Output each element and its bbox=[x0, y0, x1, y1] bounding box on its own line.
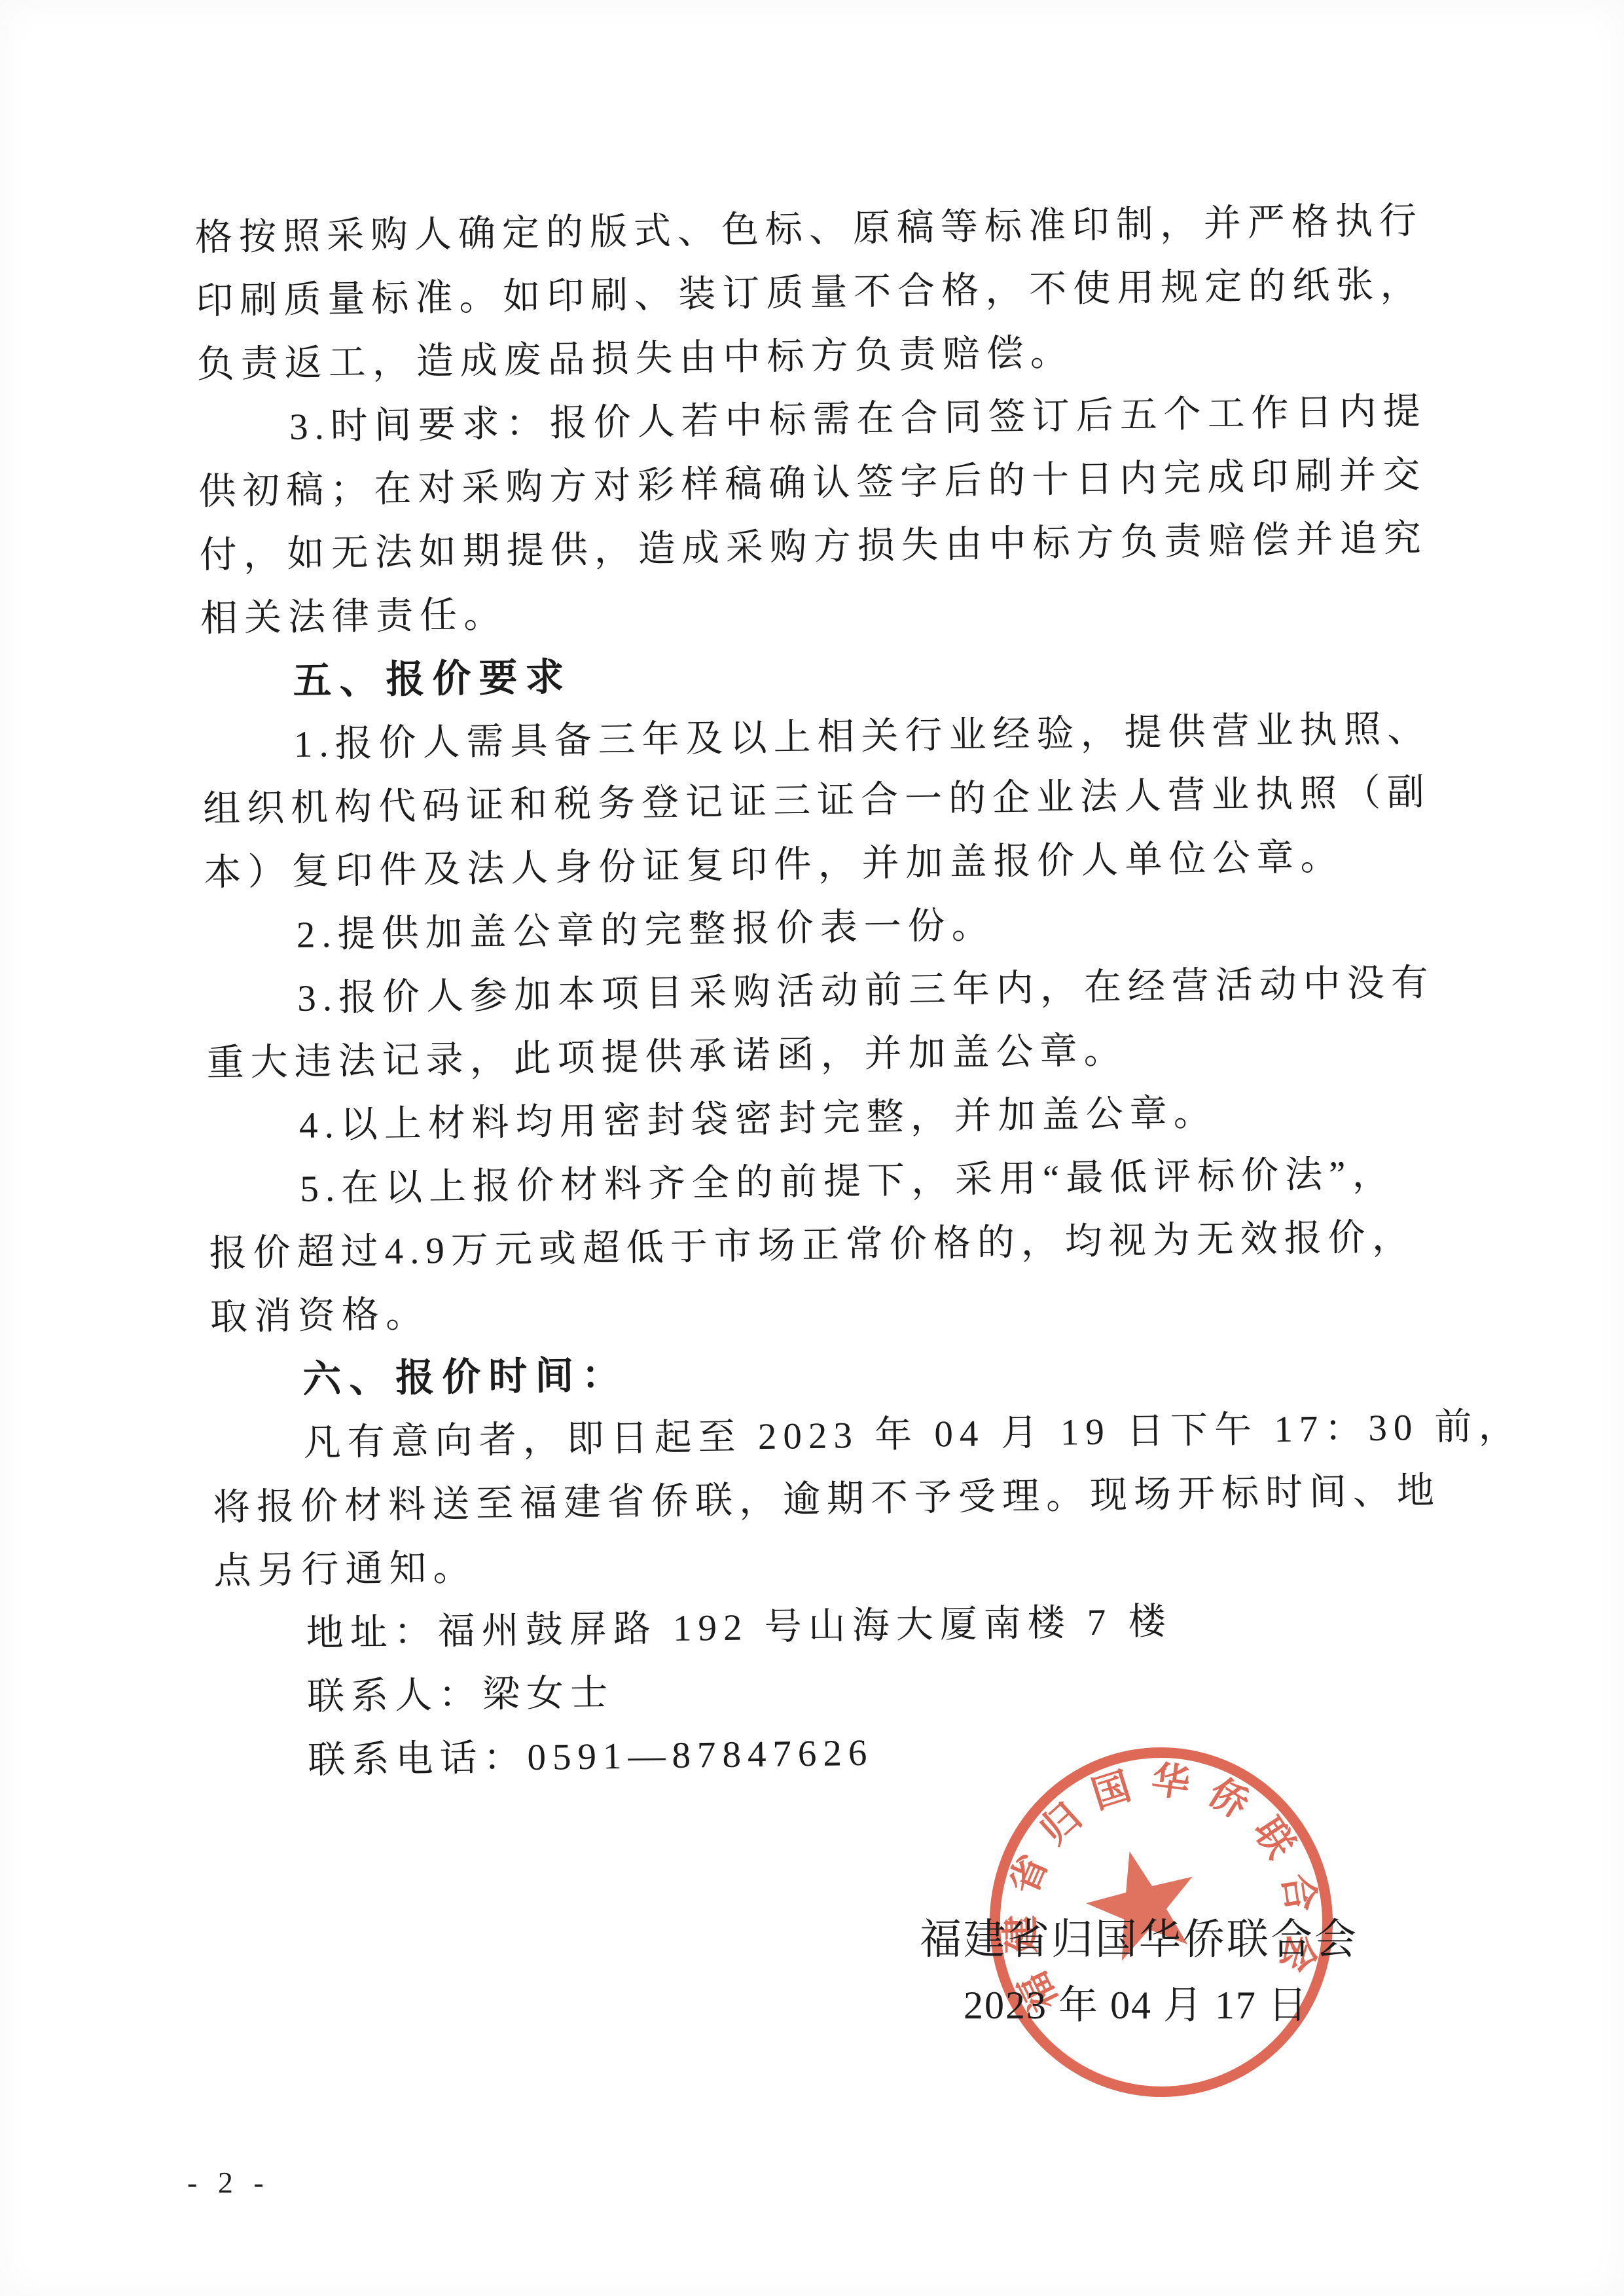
page: { "page": { "background": "#ffffff", "nu… bbox=[0, 0, 1624, 2296]
seal-arc-text: 福建省归国华侨联合会 bbox=[990, 1747, 1331, 2020]
page-number: - 2 - bbox=[187, 2164, 270, 2201]
signature-date: 2023 年 04 月 17 日 bbox=[964, 1984, 1308, 2027]
svg-text:福建省归国华侨联合会: 福建省归国华侨联合会 bbox=[990, 1747, 1331, 2020]
document-text: 格按照采购人确定的版式、色标、原稿等标准印制，并严格执行印刷质量标准。如印刷、装… bbox=[194, 189, 1464, 1793]
document-page: 格按照采购人确定的版式、色标、原稿等标准印制，并严格执行印刷质量标准。如印刷、装… bbox=[0, 0, 1624, 2296]
signature-org: 福建省归国华侨联合会 bbox=[920, 1917, 1358, 1963]
